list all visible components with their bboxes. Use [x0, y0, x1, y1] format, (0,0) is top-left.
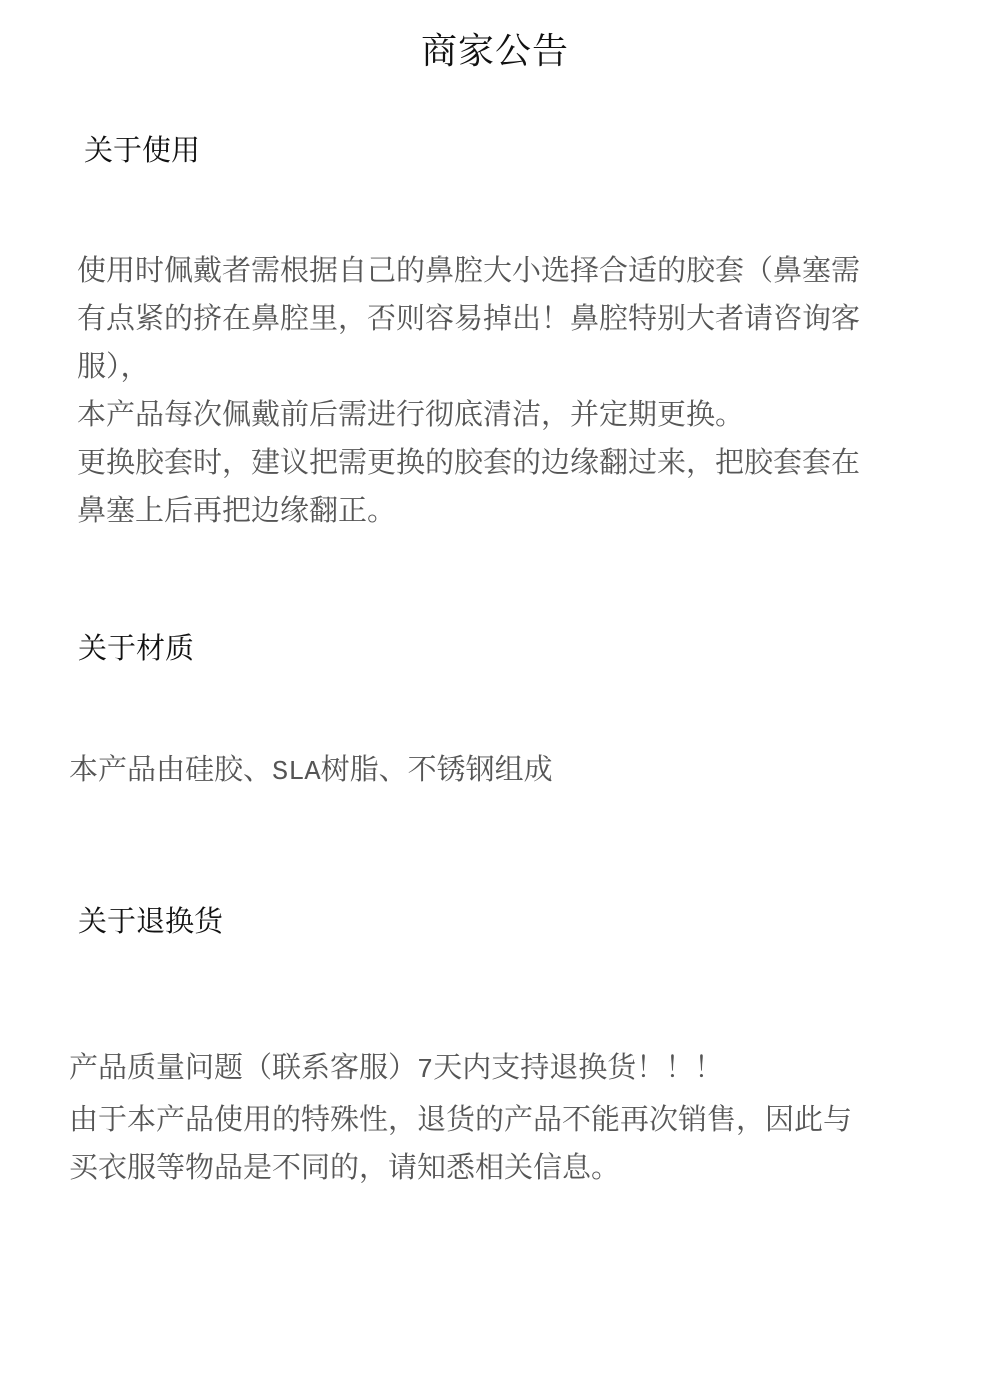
- text-segment: 天内支持退换货！！！: [433, 1050, 723, 1084]
- text-line: 产品质量问题（联系客服）7天内支持退换货！！！: [69, 1043, 949, 1095]
- section-heading-material: 关于材质: [78, 628, 194, 668]
- text-line: 服），: [77, 342, 957, 390]
- text-segment: 本产品由硅胶、: [69, 752, 272, 786]
- section-body-usage: 使用时佩戴者需根据自己的鼻腔大小选择合适的胶套（鼻塞需 有点紧的挤在鼻腔里，否则…: [77, 246, 957, 534]
- text-segment-number: 7: [417, 1056, 433, 1086]
- section-body-material: 本产品由硅胶、SLA树脂、不锈钢组成: [69, 745, 949, 797]
- text-line: 更换胶套时，建议把需更换的胶套的边缘翻过来，把胶套套在: [77, 438, 957, 486]
- section-heading-usage: 关于使用: [84, 130, 200, 170]
- text-line: 买衣服等物品是不同的，请知悉相关信息。: [69, 1143, 949, 1191]
- text-segment-latin: SLA: [272, 758, 321, 788]
- text-line: 使用时佩戴者需根据自己的鼻腔大小选择合适的胶套（鼻塞需: [77, 246, 957, 294]
- page-title: 商家公告: [0, 28, 990, 76]
- text-line: 鼻塞上后再把边缘翻正。: [77, 486, 957, 534]
- text-line: 有点紧的挤在鼻腔里，否则容易掉出！鼻腔特别大者请咨询客: [77, 294, 957, 342]
- text-line: 本产品由硅胶、SLA树脂、不锈钢组成: [69, 745, 949, 797]
- text-line: 本产品每次佩戴前后需进行彻底清洁，并定期更换。: [77, 390, 957, 438]
- section-heading-returns: 关于退换货: [78, 901, 223, 941]
- text-segment: 树脂、不锈钢组成: [321, 752, 553, 786]
- text-line: 由于本产品使用的特殊性，退货的产品不能再次销售，因此与: [69, 1095, 949, 1143]
- text-segment: 产品质量问题（联系客服）: [69, 1050, 417, 1084]
- section-body-returns: 产品质量问题（联系客服）7天内支持退换货！！！ 由于本产品使用的特殊性，退货的产…: [69, 1043, 949, 1191]
